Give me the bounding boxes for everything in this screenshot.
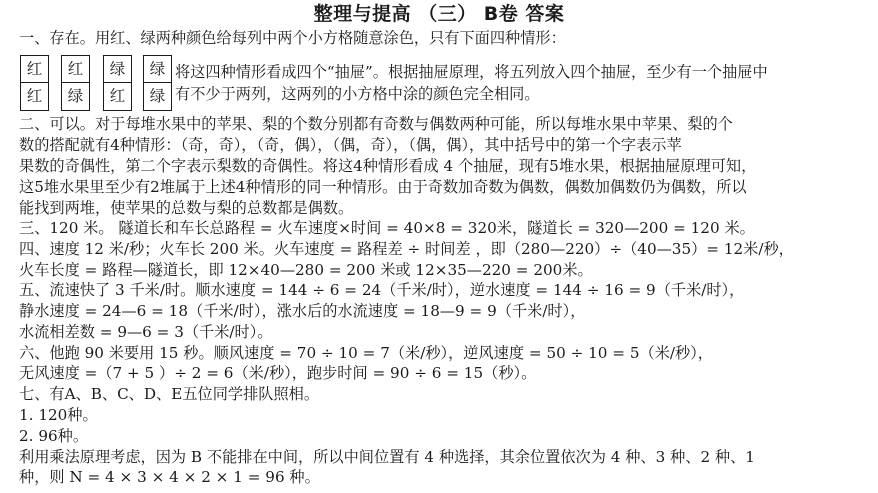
section1-text-line: 将这四种情形看成四个“抽屉”。根据抽屉原理，将五列放入四个抽屉，至少有一个抽屉中 <box>175 62 768 82</box>
section1-text-line: 有不少于两列，这两列的小方格中涂的颜色完全相同。 <box>175 84 540 104</box>
page-title: 整理与提高 （三） B卷 答案 <box>0 2 878 26</box>
grid-cell: 绿 <box>104 56 131 83</box>
section2-line: 数的搭配就有4种情形：（奇，奇），（奇，偶），（偶，奇），（偶，偶），其中括号中… <box>19 135 682 155</box>
section7-line: 七、有A、B、C、D、E五位同学排队照相。 <box>19 384 319 404</box>
grid-column-1: 红 红 <box>20 55 49 111</box>
section2-line: 果数的奇偶性，第二个字表示梨数的奇偶性。将这4种情形看成 4 个抽屉，现有5堆水… <box>19 156 756 176</box>
section5-line: 水流相差数 = 9—6 = 3（千米/时）。 <box>19 322 273 342</box>
grid-cell: 绿 <box>144 83 171 110</box>
grid-cell: 绿 <box>144 56 171 83</box>
grid-cell: 红 <box>21 56 48 83</box>
grid-column-3: 绿 红 <box>103 55 132 111</box>
section7-line: 2. 96种。 <box>19 426 88 446</box>
grid-column-4: 绿 绿 <box>143 55 172 111</box>
grid-cell: 红 <box>21 83 48 110</box>
color-grid: 红 红 红 绿 绿 红 绿 绿 <box>20 55 172 111</box>
section4-line: 火车长度 = 路程—隧道长，即 12×40—280 = 200 米或 12×35… <box>19 260 593 280</box>
grid-cell: 绿 <box>62 83 89 110</box>
section6-line: 无风速度 =（7 + 5 ）÷ 2 = 6（米/秒），跑步时间 = 90 ÷ 6… <box>19 363 536 383</box>
section2-line: 能找到两堆，使苹果的总数与梨的总数都是偶数。 <box>19 198 353 218</box>
section2-line: 二、可以。对于每堆水果中的苹果、梨的个数分别都有奇数与偶数两种可能，所以每堆水果… <box>19 114 733 134</box>
grid-column-2: 红 绿 <box>61 55 90 111</box>
section5-line: 静水速度 = 24—6 = 18（千米/时），涨水后的水流速度 = 18—9 =… <box>19 301 585 321</box>
section7-line: 种，则 N = 4 × 3 × 4 × 2 × 1 = 96 种。 <box>19 467 320 487</box>
grid-cell: 红 <box>104 83 131 110</box>
section1-intro: 一、存在。用红、绿两种颜色给每列中两个小方格随意涂色，只有下面四种情形： <box>19 28 566 48</box>
section2-line: 这5堆水果里至少有2堆属于上述4种情形的同一种情形。由于奇数加奇数为偶数，偶数加… <box>19 177 747 197</box>
section3-line: 三、120 米。 隧道长和车长总路程 = 火车速度×时间 = 40×8 = 32… <box>19 218 755 238</box>
section7-line: 利用乘法原理考虑，因为 B 不能排在中间，所以中间位置有 4 种选择，其余位置依… <box>19 447 755 467</box>
section7-line: 1. 120种。 <box>19 405 98 425</box>
section4-line: 四、速度 12 米/秒；火车长 200 米。火车速度 = 路程差 ÷ 时间差 ，… <box>19 239 794 259</box>
section6-line: 六、他跑 90 米要用 15 秒。顺风速度 = 70 ÷ 10 = 7（米/秒）… <box>19 343 713 363</box>
section5-line: 五、流速快了 3 千米/时。顺水速度 = 144 ÷ 6 = 24（千米/时），… <box>19 280 744 300</box>
grid-cell: 红 <box>62 56 89 83</box>
